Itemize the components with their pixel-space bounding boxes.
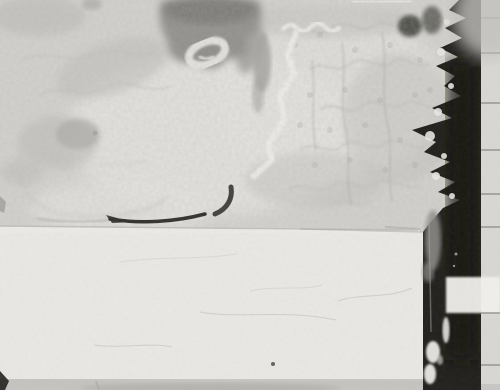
film-grain-overlay	[0, 0, 500, 390]
photo-canvas	[0, 0, 500, 390]
photograph	[0, 0, 500, 390]
